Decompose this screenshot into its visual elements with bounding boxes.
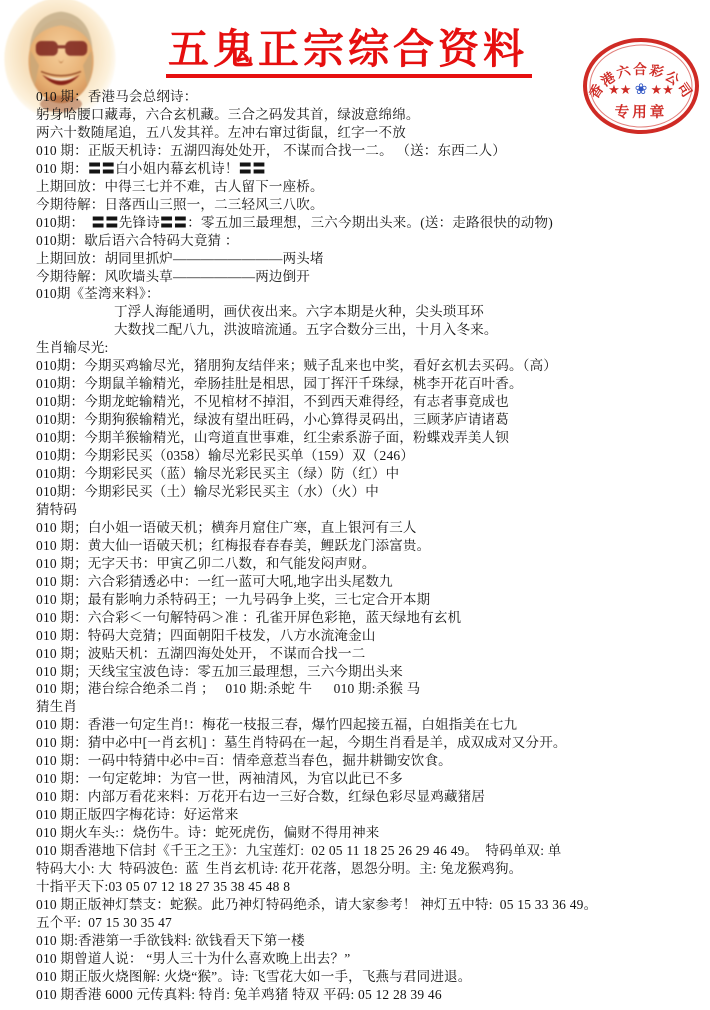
text-line: 010期：今期鼠羊输精光，牵肠挂肚是相思，园丁挥汗千珠绿，桃李开花百叶香。	[36, 375, 704, 393]
text-line: 010 期曾道人说： “男人三十为什么喜欢晚上出去？”	[36, 950, 704, 968]
text-line: 今期待解：风吹墙头草——————两边倒开	[36, 268, 704, 286]
text-line: 010 期：正版天机诗：五湖四海处处开， 不谋而合找一二。 （送：东西二人）	[36, 142, 704, 160]
text-line: 010 期：内部万看花来料：万花开右边一三好合数，红绿色彩尽显鸡藏猪居	[36, 788, 704, 806]
text-line: 010期《荃湾来料》：	[36, 285, 704, 303]
content-lines: 010 期：香港马会总纲诗：躬身哈腰口藏毒，六合玄机藏。三合之码发其首，绿波意绵…	[36, 88, 704, 1004]
text-line: 010 期火车头:：烧伤牛。诗：蛇死虎伤，偏财不得用神来	[36, 824, 704, 842]
text-line: 010 期：一句定乾坤：为官一世，两袖清风，为官以此已不多	[36, 770, 704, 788]
text-line: 猜特码	[36, 501, 704, 519]
text-line: 010 期：〓〓白小姐内幕玄机诗！〓〓	[36, 160, 704, 178]
text-line: 丁浮人海能通明，画伏夜出来。六字本期是火种，尖头琐耳环	[36, 303, 704, 321]
text-line: 010期：今期羊猴输精光，山弯道直世事难，红尘索系游子面，粉蝶戏弄美人钡	[36, 429, 704, 447]
text-line: 010 期；最有影响力杀特码王；一九号码争上奖，三七定合开本期	[36, 591, 704, 609]
text-line: 010 期:香港第一手欲钱料: 欲钱看天下第一楼	[36, 932, 704, 950]
text-line: 010 期：猜中必中[一肖玄机] ：墓生肖特码在一起，今期生肖看是羊，成双成对又…	[36, 734, 704, 752]
text-line: 010 期正版火烧图解: 火烧“猴”。诗: 飞雪花大如一手，飞燕与君同进退。	[36, 968, 704, 986]
text-line: 躬身哈腰口藏毒，六合玄机藏。三合之码发其首，绿波意绵绵。	[36, 106, 704, 124]
tip-sheet-page: 五鬼正宗综合资料 香港六合彩公司 ★★ ❀ ★★ 专用章 010 期：香港马会总…	[0, 0, 710, 1010]
text-line: 五个平: 07 15 30 35 47	[36, 914, 704, 932]
text-line: 010 期：六合彩猜透必中：一红一蓝可大吼,地字出头尾数九	[36, 573, 704, 591]
text-line: 010期：今期彩民买（蓝）输尽光彩民买主（绿）防（红）中	[36, 465, 704, 483]
text-line: 010 期：香港一句定生肖!：梅花一枝报三春，爆竹四起接五福，白姐指美在七九	[36, 716, 704, 734]
text-line: 010 期正版四字梅花诗：好运常来	[36, 806, 704, 824]
text-line: 生肖输尽光:	[36, 339, 704, 357]
text-line: 010期：今期彩民买（0358）输尽光彩民买单（159）双（246）	[36, 447, 704, 465]
text-line: 十指平天下:03 05 07 12 18 27 35 38 45 48 8	[36, 878, 704, 896]
text-line: 010 期；天线宝宝波色诗：零五加三最理想，三六今期出头来	[36, 663, 704, 681]
text-line: 今期待解：日落西山三照一，二三轻风三八吹。	[36, 196, 704, 214]
text-line: 010 期；白小姐一语破天机；横奔月窟住广寒，直上银河有三人	[36, 519, 704, 537]
text-line: 010 期；港台综合绝杀二肖 ； 010 期:杀蛇 牛 010 期:杀猴 马	[36, 680, 704, 698]
text-line: 大数找二配八九，洪波暗流通。五字合数分三出，十月入冬来。	[36, 321, 704, 339]
text-line: 上期回放：中得三七并不难，古人留下一座桥。	[36, 178, 704, 196]
text-line: 010 期正版神灯禁支：蛇猴。此乃神灯特码绝杀，请大家参考！ 神灯五中特: 05…	[36, 896, 704, 914]
text-line: 010 期香港地下信封《千王之王》：九宝莲灯: 02 05 11 18 25 2…	[36, 842, 704, 860]
text-line: 上期回放：胡同里抓炉————————两头堵	[36, 250, 704, 268]
text-line: 010 期：一码中特猜中必中=百：情牵意惹当春色，掘井耕锄安饮食。	[36, 752, 704, 770]
text-line: 猜生肖	[36, 698, 704, 716]
text-line: 010期：今期狗猴输精光，绿波有望出旺码，小心算得灵码出，三顾茅庐请诸葛	[36, 411, 704, 429]
text-line: 010 期：特码大竞猜；四面朝阳千枝发，八方水流淹金山	[36, 627, 704, 645]
text-line: 特码大小: 大 特码波色: 蓝 生肖玄机诗: 花开花落，恩怨分明。主: 兔龙猴鸡…	[36, 860, 704, 878]
text-line: 010期：今期买鸡输尽光，猪朋狗友结伴来；贼子乱来也中奖，看好玄机去买码。（高）	[36, 357, 704, 375]
text-line: 两六十数随尾追，五八发其祥。左冲右窜过街鼠，红字一不放	[36, 124, 704, 142]
text-line: 010期：歇后语六合特码大竟猜 ：	[36, 232, 704, 250]
text-line: 010 期：黄大仙一语破天机；红梅报春春春美，鲤跃龙门添富贵。	[36, 537, 704, 555]
text-line: 010 期：六合彩＜一句解特码＞准 ：孔雀开屏色彩艳，蓝天绿地有玄机	[36, 609, 704, 627]
text-line: 010期： 〓〓先锋诗〓〓：零五加三最理想，三六今期出头来。(送：走路很快的动物…	[36, 214, 704, 232]
text-line: 010 期；无字天书：甲寅乙卯二八数，和气能发闷声财。	[36, 555, 704, 573]
text-line: 010期：今期龙蛇输精光，不见棺材不掉泪，不到西天难得经，有志者事竟成也	[36, 393, 704, 411]
text-line: 010 期香港 6000 元传真料: 特肖: 兔羊鸡猪 特双 平码: 05 12…	[36, 986, 704, 1004]
text-line: 010期：今期彩民买（土）输尽光彩民买主（水）（火）中	[36, 483, 704, 501]
text-line: 010 期；波贴天机：五湖四海处处开， 不谋而合找一二	[36, 645, 704, 663]
page-title: 五鬼正宗综合资料	[166, 26, 532, 78]
text-line: 010 期：香港马会总纲诗：	[36, 88, 704, 106]
